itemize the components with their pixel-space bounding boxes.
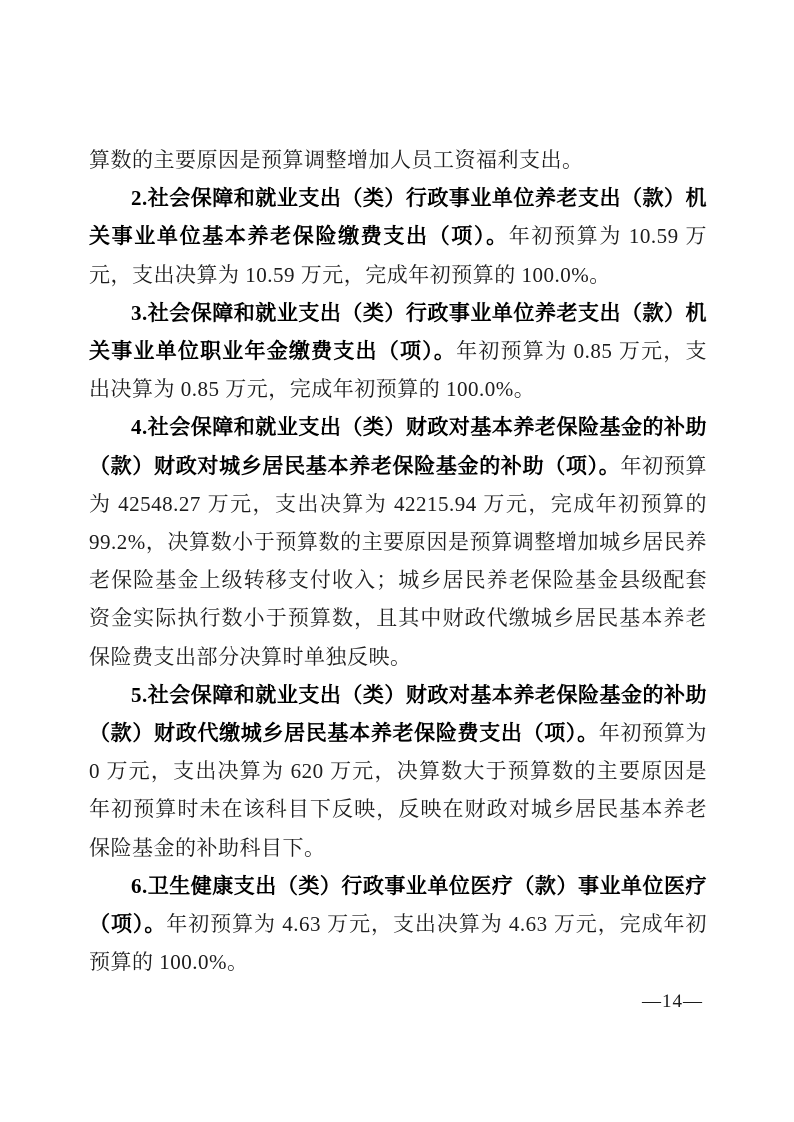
paragraph-lead-bold: 4.社会保障和就业支出（类）财政对基本养老保险基金的补助（款）财政对城乡居民基本… (89, 415, 707, 477)
document-page: 算数的主要原因是预算调整增加人员工资福利支出。2.社会保障和就业支出（类）行政事… (0, 0, 794, 1122)
paragraph-text: 年初预算为 42548.27 万元，支出决算为 42215.94 万元，完成年初… (89, 454, 707, 669)
page-body: 算数的主要原因是预算调整增加人员工资福利支出。2.社会保障和就业支出（类）行政事… (89, 141, 707, 981)
paragraph-item-6: 6.卫生健康支出（类）行政事业单位医疗（款）事业单位医疗（项）。年初预算为 4.… (89, 867, 707, 982)
page-number: —14— (642, 991, 703, 1013)
paragraph-text: 年初预算为 4.63 万元，支出决算为 4.63 万元，完成年初预算的 100.… (89, 912, 707, 974)
paragraph-text: 算数的主要原因是预算调整增加人员工资福利支出。 (89, 148, 584, 172)
paragraph-item-4: 4.社会保障和就业支出（类）财政对基本养老保险基金的补助（款）财政对城乡居民基本… (89, 408, 707, 675)
paragraph-item-5: 5.社会保障和就业支出（类）财政对基本养老保险基金的补助（款）财政代缴城乡居民基… (89, 676, 707, 867)
paragraph-item-2: 2.社会保障和就业支出（类）行政事业单位养老支出（款）机关事业单位基本养老保险缴… (89, 179, 707, 294)
paragraph-continuation: 算数的主要原因是预算调整增加人员工资福利支出。 (89, 141, 707, 179)
paragraph-item-3: 3.社会保障和就业支出（类）行政事业单位养老支出（款）机关事业单位职业年金缴费支… (89, 294, 707, 409)
